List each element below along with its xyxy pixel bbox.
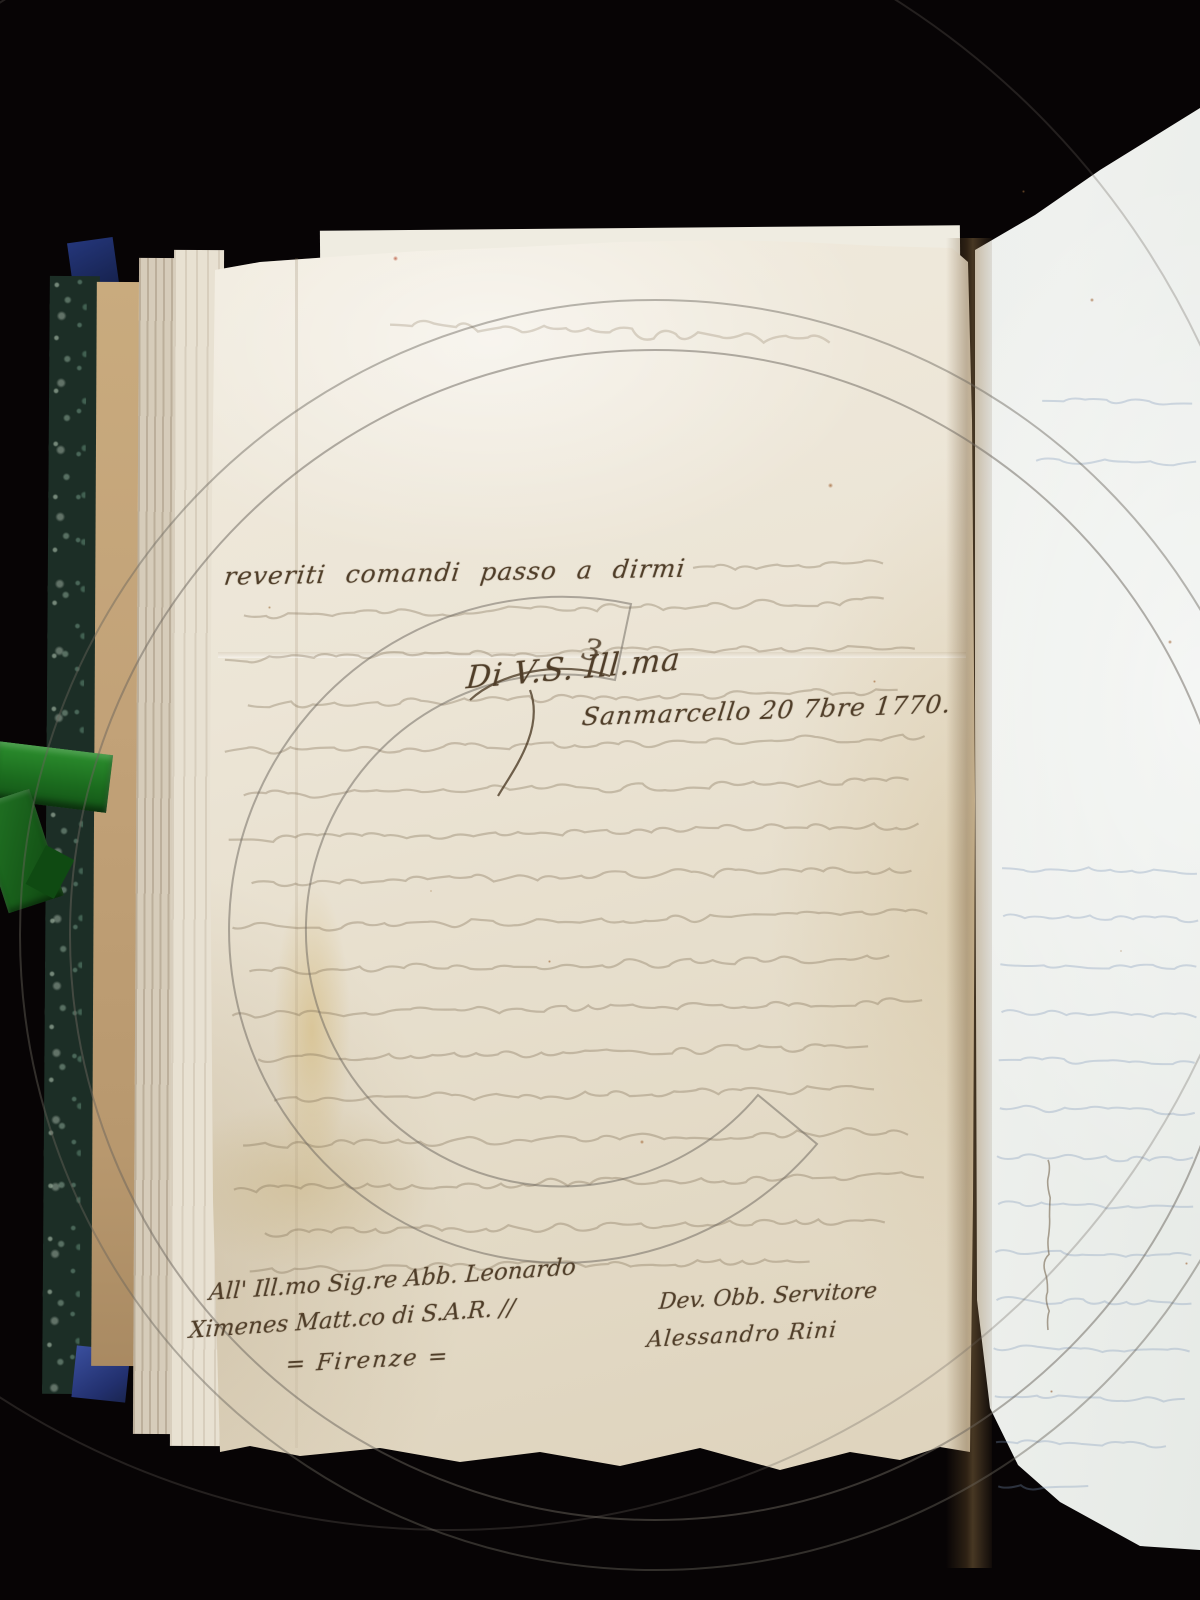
foxing-spot bbox=[1090, 298, 1094, 302]
foxing-spot bbox=[873, 680, 876, 683]
foxing-spot bbox=[1022, 190, 1025, 193]
foxing-spot bbox=[1168, 640, 1172, 644]
foxing-spot bbox=[640, 1140, 644, 1144]
manuscript-photo: reveriti comandi passo a dirmi Di V.S. I… bbox=[0, 0, 1200, 1600]
foxing-spot bbox=[430, 890, 432, 892]
foxing-spot bbox=[268, 606, 271, 609]
foxing-spot bbox=[393, 256, 398, 261]
book-gutter-shadow bbox=[946, 238, 992, 1568]
foxing-spot bbox=[548, 960, 551, 963]
foxing-spot bbox=[828, 483, 833, 488]
foxing-spot bbox=[1050, 1390, 1053, 1393]
left-page-crease-vertical bbox=[295, 258, 298, 1448]
foxing-spot bbox=[1120, 950, 1122, 952]
foxing-spot bbox=[1185, 1262, 1188, 1265]
